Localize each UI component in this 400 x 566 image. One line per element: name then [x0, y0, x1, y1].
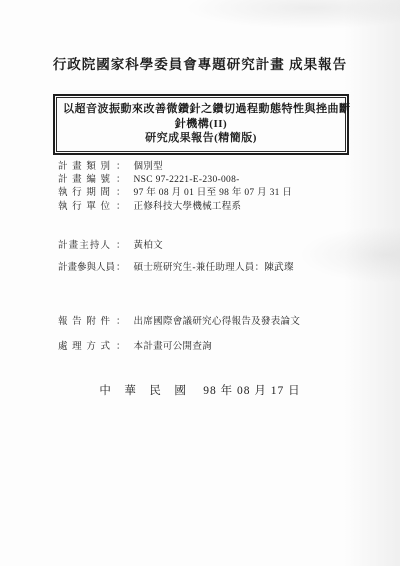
field-colon: ： — [116, 187, 126, 199]
field-value-principal-investigator: 黃柏文 — [134, 240, 163, 252]
field-row-attachment: 報告附件 ： 出席國際會議研究心得報告及發表論文 — [58, 316, 300, 328]
field-label-execution-period: 執行期間 — [58, 187, 110, 199]
field-value-executing-unit: 正修科技大學機械工程系 — [134, 201, 242, 213]
field-colon: ： — [116, 161, 126, 173]
field-label-participants: 計畫參與人員 — [58, 262, 110, 274]
field-label-attachment: 報告附件 — [58, 316, 110, 328]
field-colon: ： — [116, 201, 126, 213]
field-row-executing-unit: 執行單位 ： 正修科技大學機械工程系 — [58, 201, 292, 213]
processing-method-block: 處理方式 ： 本計畫可公開查詢 — [58, 341, 212, 354]
field-colon: ： — [116, 174, 126, 186]
field-value-attachment: 出席國際會議研究心得報告及發表論文 — [134, 316, 301, 328]
field-value-category: 個別型 — [134, 161, 163, 173]
report-attachment-block: 報告附件 ： 出席國際會議研究心得報告及發表論文 — [58, 316, 300, 329]
field-row-principal-investigator: 計畫主持人 ： 黃柏文 — [58, 240, 294, 252]
project-title-line2: 針機構(II) — [63, 117, 339, 132]
field-label-principal-investigator: 計畫主持人 — [58, 240, 110, 252]
field-value-project-number: NSC 97-2221-E-230-008- — [134, 174, 240, 186]
field-row-processing-method: 處理方式 ： 本計畫可公開查詢 — [58, 341, 212, 353]
field-label-processing-method: 處理方式 — [58, 341, 110, 353]
project-title-box: 以超音波振動來改善微鑽針之鑽切過程動態特性與挫曲斷 針機構(II) 研究成果報告… — [53, 94, 349, 155]
report-subtitle: 研究成果報告(精簡版) — [63, 131, 339, 146]
report-cover-page: 行政院國家科學委員會專題研究計畫 成果報告 以超音波振動來改善微鑽針之鑽切過程動… — [0, 0, 400, 566]
project-info-block: 計畫類別 ： 個別型 計畫編號 ： NSC 97-2221-E-230-008-… — [58, 161, 292, 214]
roc-date-line: 中 華 民 國 98 年 08 月 17 日 — [0, 382, 400, 398]
project-title-box-inner: 以超音波振動來改善微鑽針之鑽切過程動態特性與挫曲斷 針機構(II) 研究成果報告… — [56, 97, 346, 152]
field-colon: ： — [116, 316, 126, 328]
field-label-category: 計畫類別 — [58, 161, 110, 173]
field-row-category: 計畫類別 ： 個別型 — [58, 161, 292, 173]
page-title: 行政院國家科學委員會專題研究計畫 成果報告 — [0, 53, 400, 73]
field-colon: ： — [116, 240, 126, 252]
field-label-project-number: 計畫編號 — [58, 174, 110, 186]
field-row-participants: 計畫參與人員 ： 碩士班研究生-兼任助理人員：陳武璨 — [58, 262, 294, 274]
field-value-execution-period: 97 年 08 月 01 日至 98 年 07 月 31 日 — [134, 187, 293, 199]
field-colon: ： — [116, 341, 126, 353]
field-label-executing-unit: 執行單位 — [58, 201, 110, 213]
field-colon: ： — [116, 262, 126, 274]
field-value-processing-method: 本計畫可公開查詢 — [134, 341, 212, 353]
field-value-participants: 碩士班研究生-兼任助理人員：陳武璨 — [134, 262, 294, 274]
project-title-line1: 以超音波振動來改善微鑽針之鑽切過程動態特性與挫曲斷 — [63, 102, 339, 117]
project-people-block: 計畫主持人 ： 黃柏文 計畫參與人員 ： 碩士班研究生-兼任助理人員：陳武璨 — [58, 240, 294, 283]
field-row-execution-period: 執行期間 ： 97 年 08 月 01 日至 98 年 07 月 31 日 — [58, 187, 292, 199]
field-row-project-number: 計畫編號 ： NSC 97-2221-E-230-008- — [58, 174, 292, 186]
